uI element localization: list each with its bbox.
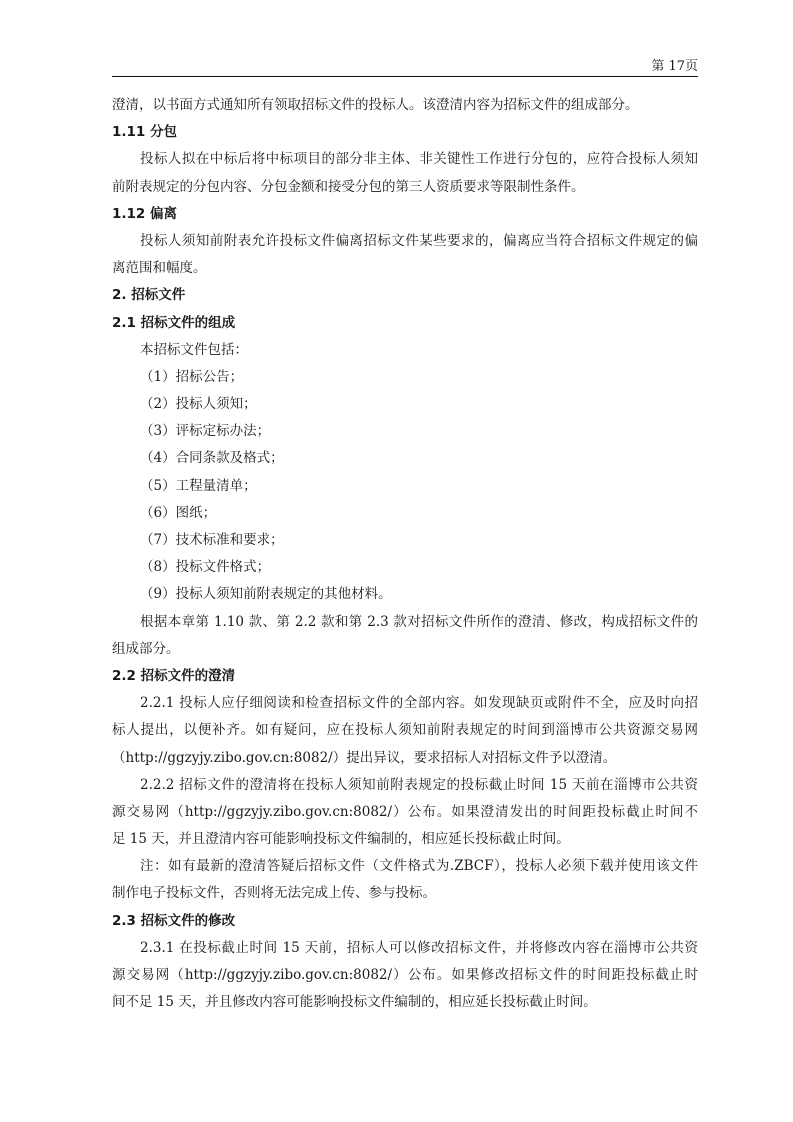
section-heading-2-1: 2.1 招标文件的组成 [112,310,698,337]
list-item: （4）合同条款及格式； [112,445,698,472]
list-item: （2）投标人须知； [112,391,698,418]
list-item: （8）投标文件格式； [112,554,698,581]
section-heading-2: 2. 招标文件 [112,282,698,309]
section-heading-2-3: 2.3 招标文件的修改 [112,908,698,935]
list-item: （7）技术标准和要求； [112,527,698,554]
paragraph-line: 组成部分。 [112,636,698,663]
paragraph-line: 标人提出，以便补齐。如有疑问，应在投标人须知前附表规定的时间到淄博市公共资源交易… [112,717,698,744]
paragraph-line: 源交易网（http://ggzyjy.zibo.gov.cn:8082/）公布。… [112,799,698,826]
paragraph-line: 前附表规定的分包内容、分包金额和接受分包的第三人资质要求等限制性条件。 [112,174,698,201]
section-heading-1-12: 1.12 偏离 [112,201,698,228]
paragraph-line: 间不足 15 天，并且修改内容可能影响投标文件编制的，相应延长投标截止时间。 [112,989,698,1016]
paragraph-line: 2.2.1 投标人应仔细阅读和检查招标文件的全部内容。如发现缺页或附件不全，应及… [112,690,698,717]
section-heading-1-11: 1.11 分包 [112,119,698,146]
paragraph-line: 澄清，以书面方式通知所有领取招标文件的投标人。该澄清内容为招标文件的组成部分。 [112,92,698,119]
paragraph-line: 投标人拟在中标后将中标项目的部分非主体、非关键性工作进行分包的，应符合投标人须知 [112,146,698,173]
note-line: 制作电子投标文件，否则将无法完成上传、参与投标。 [112,880,698,907]
paragraph-line: 投标人须知前附表允许投标文件偏离招标文件某些要求的，偏离应当符合招标文件规定的偏 [112,228,698,255]
list-item: （5）工程量清单； [112,473,698,500]
note-line: 注：如有最新的澄清答疑后招标文件（文件格式为.ZBCF），投标人必须下载并使用该… [112,853,698,880]
list-item: （6）图纸； [112,500,698,527]
list-item: （3）评标定标办法； [112,418,698,445]
paragraph-line: （http://ggzyjy.zibo.gov.cn:8082/）提出异议，要求… [112,745,698,772]
paragraph-line: 源交易网（http://ggzyjy.zibo.gov.cn:8082/）公布。… [112,962,698,989]
paragraph-line: 2.2.2 招标文件的澄清将在投标人须知前附表规定的投标截止时间 15 天前在淄… [112,772,698,799]
paragraph-line: 本招标文件包括： [112,337,698,364]
paragraph-line: 足 15 天，并且澄清内容可能影响投标文件编制的，相应延长投标截止时间。 [112,826,698,853]
paragraph-line: 离范围和幅度。 [112,255,698,282]
page-header: 第 17页 [112,54,698,77]
page-number: 第 17页 [651,55,698,74]
paragraph-line: 根据本章第 1.10 款、第 2.2 款和第 2.3 款对招标文件所作的澄清、修… [112,609,698,636]
list-item: （9）投标人须知前附表规定的其他材料。 [112,581,698,608]
list-item: （1）招标公告； [112,364,698,391]
document-body: 澄清，以书面方式通知所有领取招标文件的投标人。该澄清内容为招标文件的组成部分。 … [112,92,698,1016]
paragraph-line: 2.3.1 在投标截止时间 15 天前，招标人可以修改招标文件，并将修改内容在淄… [112,935,698,962]
section-heading-2-2: 2.2 招标文件的澄清 [112,663,698,690]
